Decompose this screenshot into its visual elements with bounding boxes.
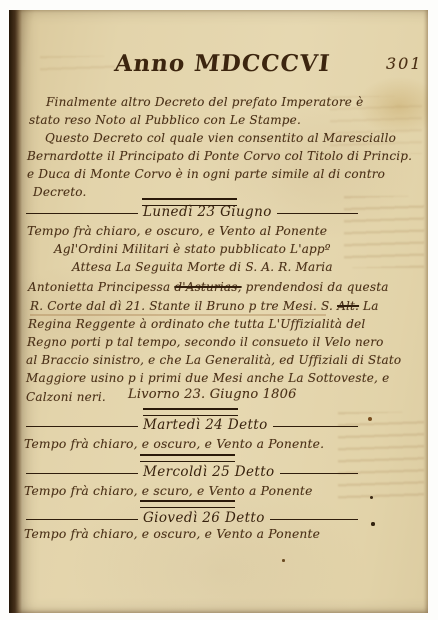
manuscript-line: stato reso Noto al Pubblico con Le Stamp… — [29, 113, 301, 127]
manuscript-line: Regina Reggente à ordinato che tutta L'U… — [28, 317, 365, 331]
ink-speck — [368, 417, 372, 421]
line-segment: R. Corte dal dì 21. Stante il Bruno p tr… — [30, 299, 337, 313]
line-segment: prendendosi da questa — [242, 280, 389, 294]
weather-line: Tempo frà chiaro, e scuro, e Vento a Pon… — [24, 484, 313, 498]
entry-heading-tuesday: Martedì 24 Detto — [26, 418, 358, 434]
manuscript-line: al Braccio sinistro, e che La Generalità… — [26, 353, 401, 367]
heading-rule — [270, 519, 358, 520]
entry-date-label: Martedì 24 Detto — [138, 417, 273, 433]
entry-date-label: Mercoldì 25 Detto — [138, 464, 280, 480]
manuscript-line: Questo Decreto col quale vien consentito… — [45, 131, 396, 145]
weather-line: Tempo frà chiaro, e oscuro, e Vento al P… — [27, 224, 327, 238]
entry-divider — [140, 454, 235, 462]
entry-divider — [143, 408, 238, 416]
ink-speck — [370, 496, 373, 499]
heading-rule — [26, 473, 138, 474]
weather-line: Tempo frà chiaro, e oscuro, e Vento a Po… — [24, 527, 320, 541]
manuscript-scan: Anno MDCCCVI 301 Finalmente altro Decret… — [0, 0, 438, 620]
manuscript-line: Regno porti p tal tempo, secondo il cons… — [27, 335, 384, 349]
entry-date-label: Giovedì 26 Detto — [138, 510, 270, 526]
line-segment: La — [359, 299, 379, 313]
manuscript-line: Calzoni neri. — [26, 390, 106, 404]
manuscript-line: Finalmente altro Decreto del prefato Imp… — [46, 95, 363, 109]
faint-bleed-rule — [30, 314, 326, 316]
entry-heading-wednesday: Mercoldì 25 Detto — [26, 465, 358, 481]
entry-divider — [140, 500, 235, 508]
weather-line: Tempo frà chiaro, e oscuro, e Vento a Po… — [24, 437, 324, 451]
manuscript-line: e Duca di Monte Corvo è in ogni parte si… — [27, 167, 385, 181]
dateline: Livorno 23. Giugno 1806 — [128, 387, 297, 402]
manuscript-line: Maggiore usino p i primi due Mesi anche … — [26, 371, 389, 385]
entry-heading-monday: Lunedì 23 Giugno — [26, 205, 358, 221]
manuscript-line: Decreto. — [33, 185, 87, 199]
heading-rule — [26, 213, 138, 214]
entry-heading-thursday: Giovedì 26 Detto — [26, 511, 358, 527]
page-number: 301 — [386, 54, 423, 73]
binding-edge — [9, 10, 22, 613]
manuscript-line: Attesa La Seguita Morte di S. A. R. Mari… — [72, 260, 333, 274]
manuscript-line: Bernardotte il Principato di Ponte Corvo… — [27, 149, 412, 163]
heading-rule — [277, 213, 358, 214]
strikethrough-text: d'Asturias, — [174, 280, 241, 294]
heading-rule — [26, 519, 138, 520]
strikethrough-text: Alt. — [337, 299, 359, 313]
heading-rule — [280, 473, 358, 474]
line-segment: Antonietta Principessa — [28, 280, 174, 294]
heading-rule — [273, 426, 358, 427]
manuscript-line: Agl'Ordini Militari è stato pubblicato L… — [54, 242, 331, 256]
manuscript-line: Antonietta Principessa d'Asturias, prend… — [28, 280, 389, 294]
year-title: Anno MDCCCVI — [94, 50, 352, 77]
ink-speck — [282, 559, 285, 562]
ink-speck — [371, 522, 375, 526]
heading-rule — [26, 426, 138, 427]
manuscript-line: R. Corte dal dì 21. Stante il Bruno p tr… — [30, 299, 379, 313]
entry-date-label: Lunedì 23 Giugno — [138, 204, 277, 220]
